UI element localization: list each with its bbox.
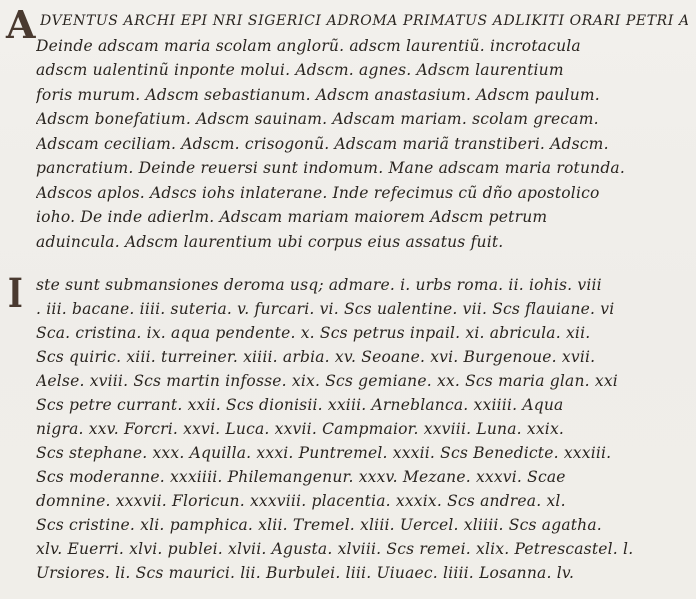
- text-line: nigra. xxv. Forcri. xxvi. Luca. xxvii. C…: [36, 418, 688, 440]
- text-line: Scs petre currant. xxii. Scs dionisii. x…: [36, 394, 688, 416]
- text-line: Adscam ceciliam. Adscm. crisogonũ. Adsca…: [36, 133, 688, 155]
- text-line: adscm ualentinũ inponte molui. Adscm. ag…: [36, 59, 688, 81]
- text-line: DVENTUS ARCHI EPI NRI SIGERICI ADROMA PR…: [40, 10, 688, 32]
- decorated-initial-a: A: [6, 2, 35, 47]
- text-line: ioho. De inde adierlm. Adscam mariam mai…: [36, 206, 688, 228]
- text-line: Scs moderanne. xxxiiii. Philemangenur. x…: [36, 466, 688, 488]
- text-line: Scs stephane. xxx. Aquilla. xxxi. Puntre…: [36, 442, 688, 464]
- text-line: Adscos aplos. Adscs iohs inlaterane. Ind…: [36, 182, 688, 204]
- text-line: aduincula. Adscm laurentium ubi corpus e…: [36, 231, 688, 253]
- text-line: Sca. cristina. ix. aqua pendente. x. Scs…: [36, 322, 688, 344]
- text-line: xlv. Euerri. xlvi. publei. xlvii. Agusta…: [36, 538, 688, 560]
- text-line: foris murum. Adscm sebastianum. Adscm an…: [36, 84, 688, 106]
- text-line: ste sunt submansiones deroma usq; admare…: [36, 274, 688, 296]
- text-line: Aelse. xviii. Scs martin infosse. xix. S…: [36, 370, 688, 392]
- text-line: Adscm bonefatium. Adscm sauinam. Adscam …: [36, 108, 688, 130]
- text-line: Deinde adscam maria scolam anglorũ. adsc…: [36, 35, 688, 57]
- text-line: Scs quiric. xiii. turreiner. xiiii. arbi…: [36, 346, 688, 368]
- manuscript-page: A DVENTUS ARCHI EPI NRI SIGERICI ADROMA …: [0, 0, 696, 599]
- decorated-initial-i: I: [8, 270, 23, 317]
- text-line: Scs cristine. xli. pamphica. xlii. Treme…: [36, 514, 688, 536]
- text-line: pancratium. Deinde reuersi sunt indomum.…: [36, 157, 688, 179]
- text-line: . iii. bacane. iiii. suteria. v. furcari…: [36, 298, 688, 320]
- text-line: domnine. xxxvii. Floricun. xxxviii. plac…: [36, 490, 688, 512]
- text-line: Ursiores. li. Scs maurici. lii. Burbulei…: [36, 562, 688, 584]
